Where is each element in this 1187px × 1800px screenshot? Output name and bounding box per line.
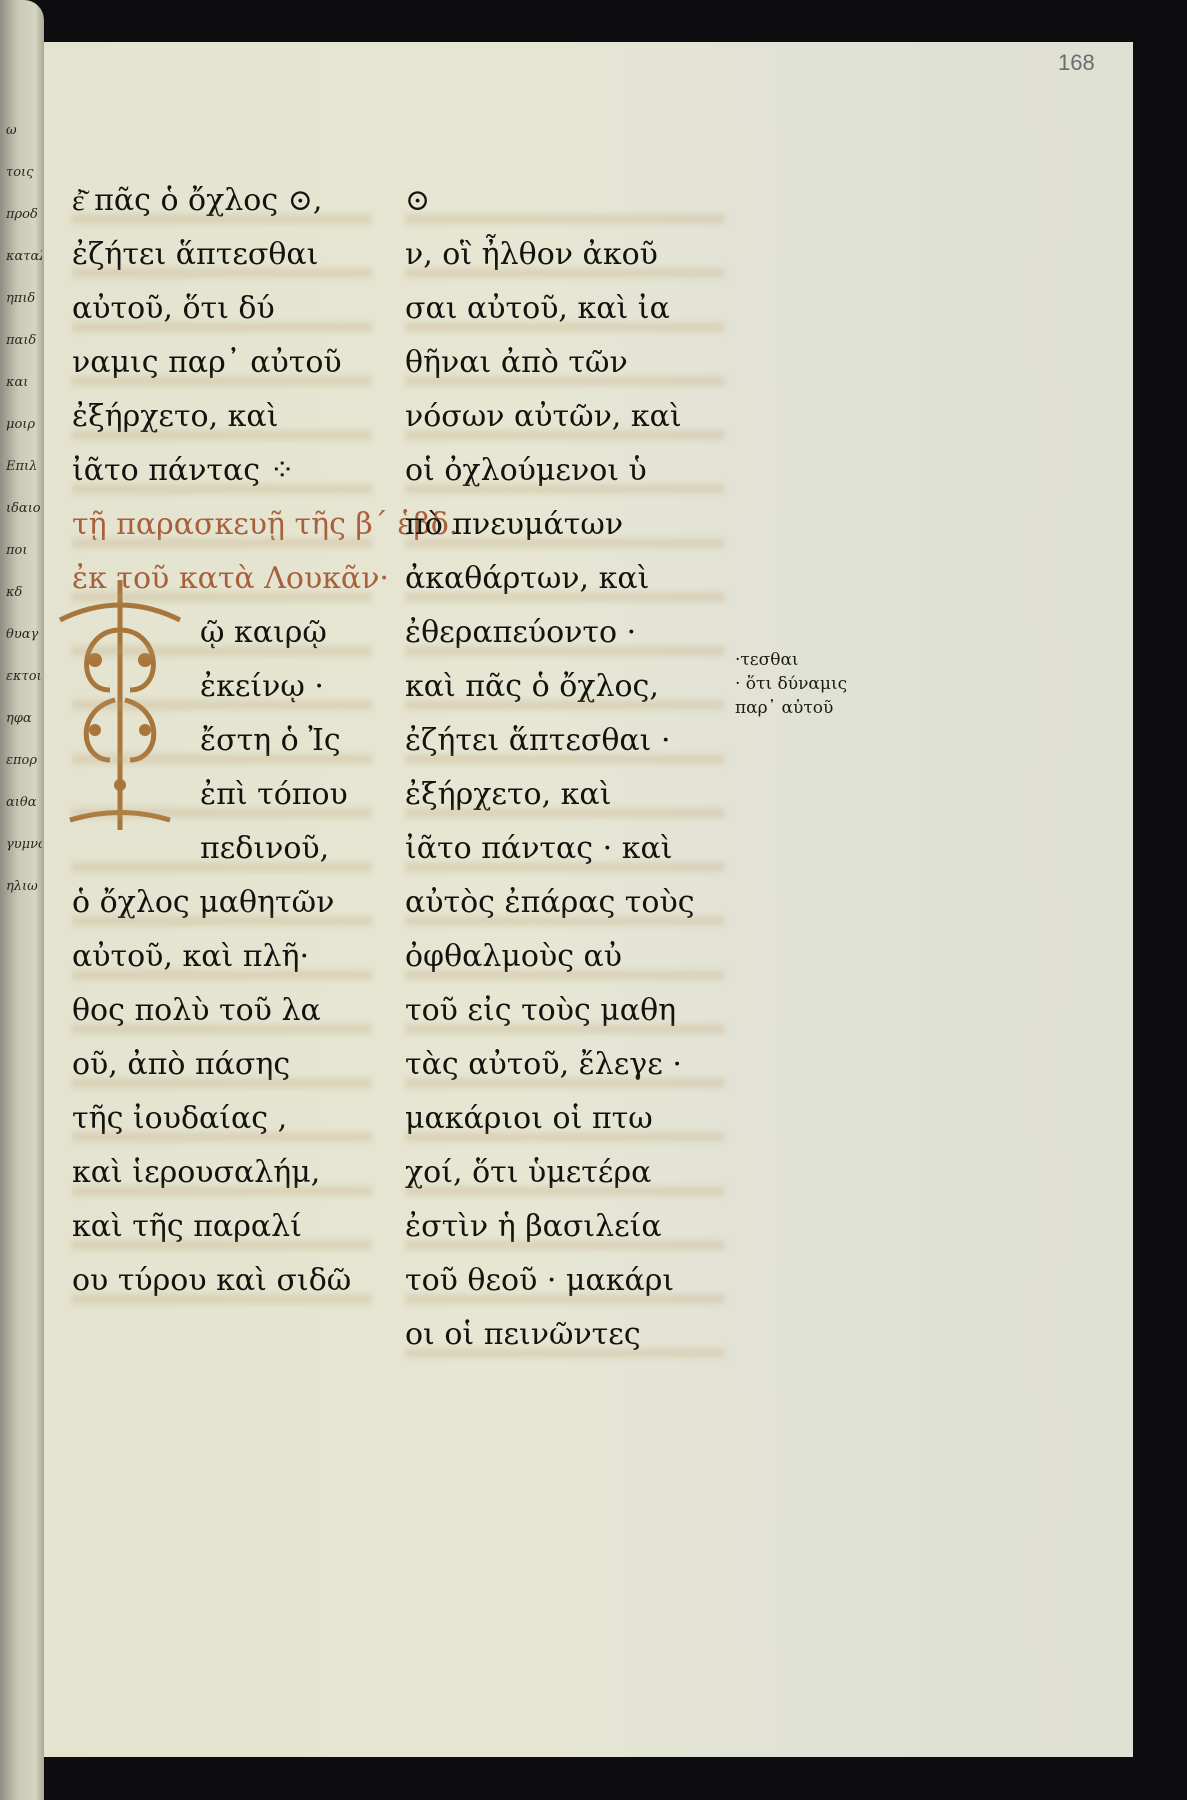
adjacent-page-line: ηπιδ (6, 278, 42, 320)
adjacent-page-line: ηφα (6, 698, 42, 740)
adjacent-page-line: κδ (6, 572, 42, 614)
text-column-right: ⊙ν, οἳ ἦλθον ἀκοῦσαι αὐτοῦ, καὶ ἰαθῆναι … (405, 174, 725, 1362)
adjacent-page-line: θυαγ (6, 614, 42, 656)
adjacent-page-line: επορ (6, 740, 42, 782)
text-column-left: ἐ͂ πᾶς ὁ ὄχλος ⊙,ἐζήτει ἅπτεσθαιαὐτοῦ, ὅ… (72, 174, 372, 1308)
text-line: ἐκ τοῦ κατὰ Λουκᾶν· (72, 552, 372, 606)
text-line: τὰς αὐτοῦ, ἔλεγε · (405, 1038, 725, 1092)
text-line: ὀφθαλμοὺς αὐ (405, 930, 725, 984)
text-line: τῆς ἰουδαίας , (72, 1092, 372, 1146)
adjacent-page-line: παιδ (6, 320, 42, 362)
adjacent-page-edge: ωτοιςπροδκαταληπιδπαιδκαιμοιρΕπιλιδαιοπο… (0, 0, 44, 1800)
text-line: αὐτὸς ἐπάρας τοὺς (405, 876, 725, 930)
text-line: ἐξήρχετο, καὶ (72, 390, 372, 444)
text-line: ἐστὶν ἡ βασιλεία (405, 1200, 725, 1254)
text-line: ἐζήτει ἅπτεσθαι (72, 228, 372, 282)
text-line: οἱ ὀχλούμενοι ὑ (405, 444, 725, 498)
adjacent-page-line: ηλιω (6, 866, 42, 908)
text-line: καὶ ἱερουσαλήμ, (72, 1146, 372, 1200)
text-line: καὶ τῆς παραλί (72, 1200, 372, 1254)
adjacent-page-line: και (6, 362, 42, 404)
text-line: ἐ͂ πᾶς ὁ ὄχλος ⊙, (72, 174, 372, 228)
adjacent-page-line: ω (6, 110, 42, 152)
text-line: ἐκείνῳ · (72, 660, 372, 714)
text-line: ἔστη ὁ Ἰς (72, 714, 372, 768)
adjacent-page-line: προδ (6, 194, 42, 236)
text-line: ναμις παρ᾽ αὐτοῦ (72, 336, 372, 390)
text-line: αὐτοῦ, καὶ πλῆ· (72, 930, 372, 984)
text-line: νόσων αὐτῶν, καὶ (405, 390, 725, 444)
text-line: ου τύρου καὶ σιδῶ (72, 1254, 372, 1308)
text-line: ν, οἳ ἦλθον ἀκοῦ (405, 228, 725, 282)
adjacent-page-line: καταλ (6, 236, 42, 278)
text-line: μακάριοι οἱ πτω (405, 1092, 725, 1146)
adjacent-page-line: μοιρ (6, 404, 42, 446)
text-line: σαι αὐτοῦ, καὶ ἰα (405, 282, 725, 336)
text-line: οι οἱ πεινῶντες (405, 1308, 725, 1362)
text-line: ἰᾶτο πάντας ⁘ (72, 444, 372, 498)
adjacent-page-line: αιθα (6, 782, 42, 824)
adjacent-page-line: εκτοι (6, 656, 42, 698)
text-line: καὶ πᾶς ὁ ὄχλος, (405, 660, 725, 714)
text-line: ὁ ὄχλος μαθητῶν (72, 876, 372, 930)
adjacent-page-line: ποι (6, 530, 42, 572)
marginal-note-line: · ὅτι δύναμις (735, 672, 847, 696)
text-line: τοῦ εἰς τοὺς μαθη (405, 984, 725, 1038)
text-line: ἐθεραπεύοντο · (405, 606, 725, 660)
marginal-note-line: παρ᾽ αὐτοῦ (735, 696, 847, 720)
marginal-note: ·τεσθαι· ὅτι δύναμιςπαρ᾽ αὐτοῦ (735, 648, 847, 720)
text-line: θος πολὺ τοῦ λα (72, 984, 372, 1038)
folio-number: 168 (1058, 50, 1095, 76)
text-line: τοῦ θεοῦ · μακάρι (405, 1254, 725, 1308)
text-line: πεδινοῦ, (72, 822, 372, 876)
text-line: ἀκαθάρτων, καὶ (405, 552, 725, 606)
text-line: χοί, ὅτι ὑμετέρα (405, 1146, 725, 1200)
text-line: ἐξήρχετο, καὶ (405, 768, 725, 822)
text-line: οῦ, ἀπὸ πάσης (72, 1038, 372, 1092)
marginal-note-line: ·τεσθαι (735, 648, 847, 672)
text-line: ⊙ (405, 174, 725, 228)
text-line: ἐπὶ τόπου (72, 768, 372, 822)
adjacent-page-line: Επιλ (6, 446, 42, 488)
text-line: πὸ πνευμάτων (405, 498, 725, 552)
text-line: ἐζήτει ἅπτεσθαι · (405, 714, 725, 768)
text-line: ῷ καιρῷ (72, 606, 372, 660)
text-line: τῇ παρασκευῇ τῆς β΄ ἑβδ. (72, 498, 372, 552)
adjacent-page-line: ιδαιο (6, 488, 42, 530)
adjacent-page-text: ωτοιςπροδκαταληπιδπαιδκαιμοιρΕπιλιδαιοπο… (6, 110, 42, 908)
text-line: ἰᾶτο πάντας · καὶ (405, 822, 725, 876)
adjacent-page-line: τοις (6, 152, 42, 194)
adjacent-page-line: γυμνο (6, 824, 42, 866)
text-line: αὐτοῦ, ὅτι δύ (72, 282, 372, 336)
text-line: θῆναι ἀπὸ τῶν (405, 336, 725, 390)
